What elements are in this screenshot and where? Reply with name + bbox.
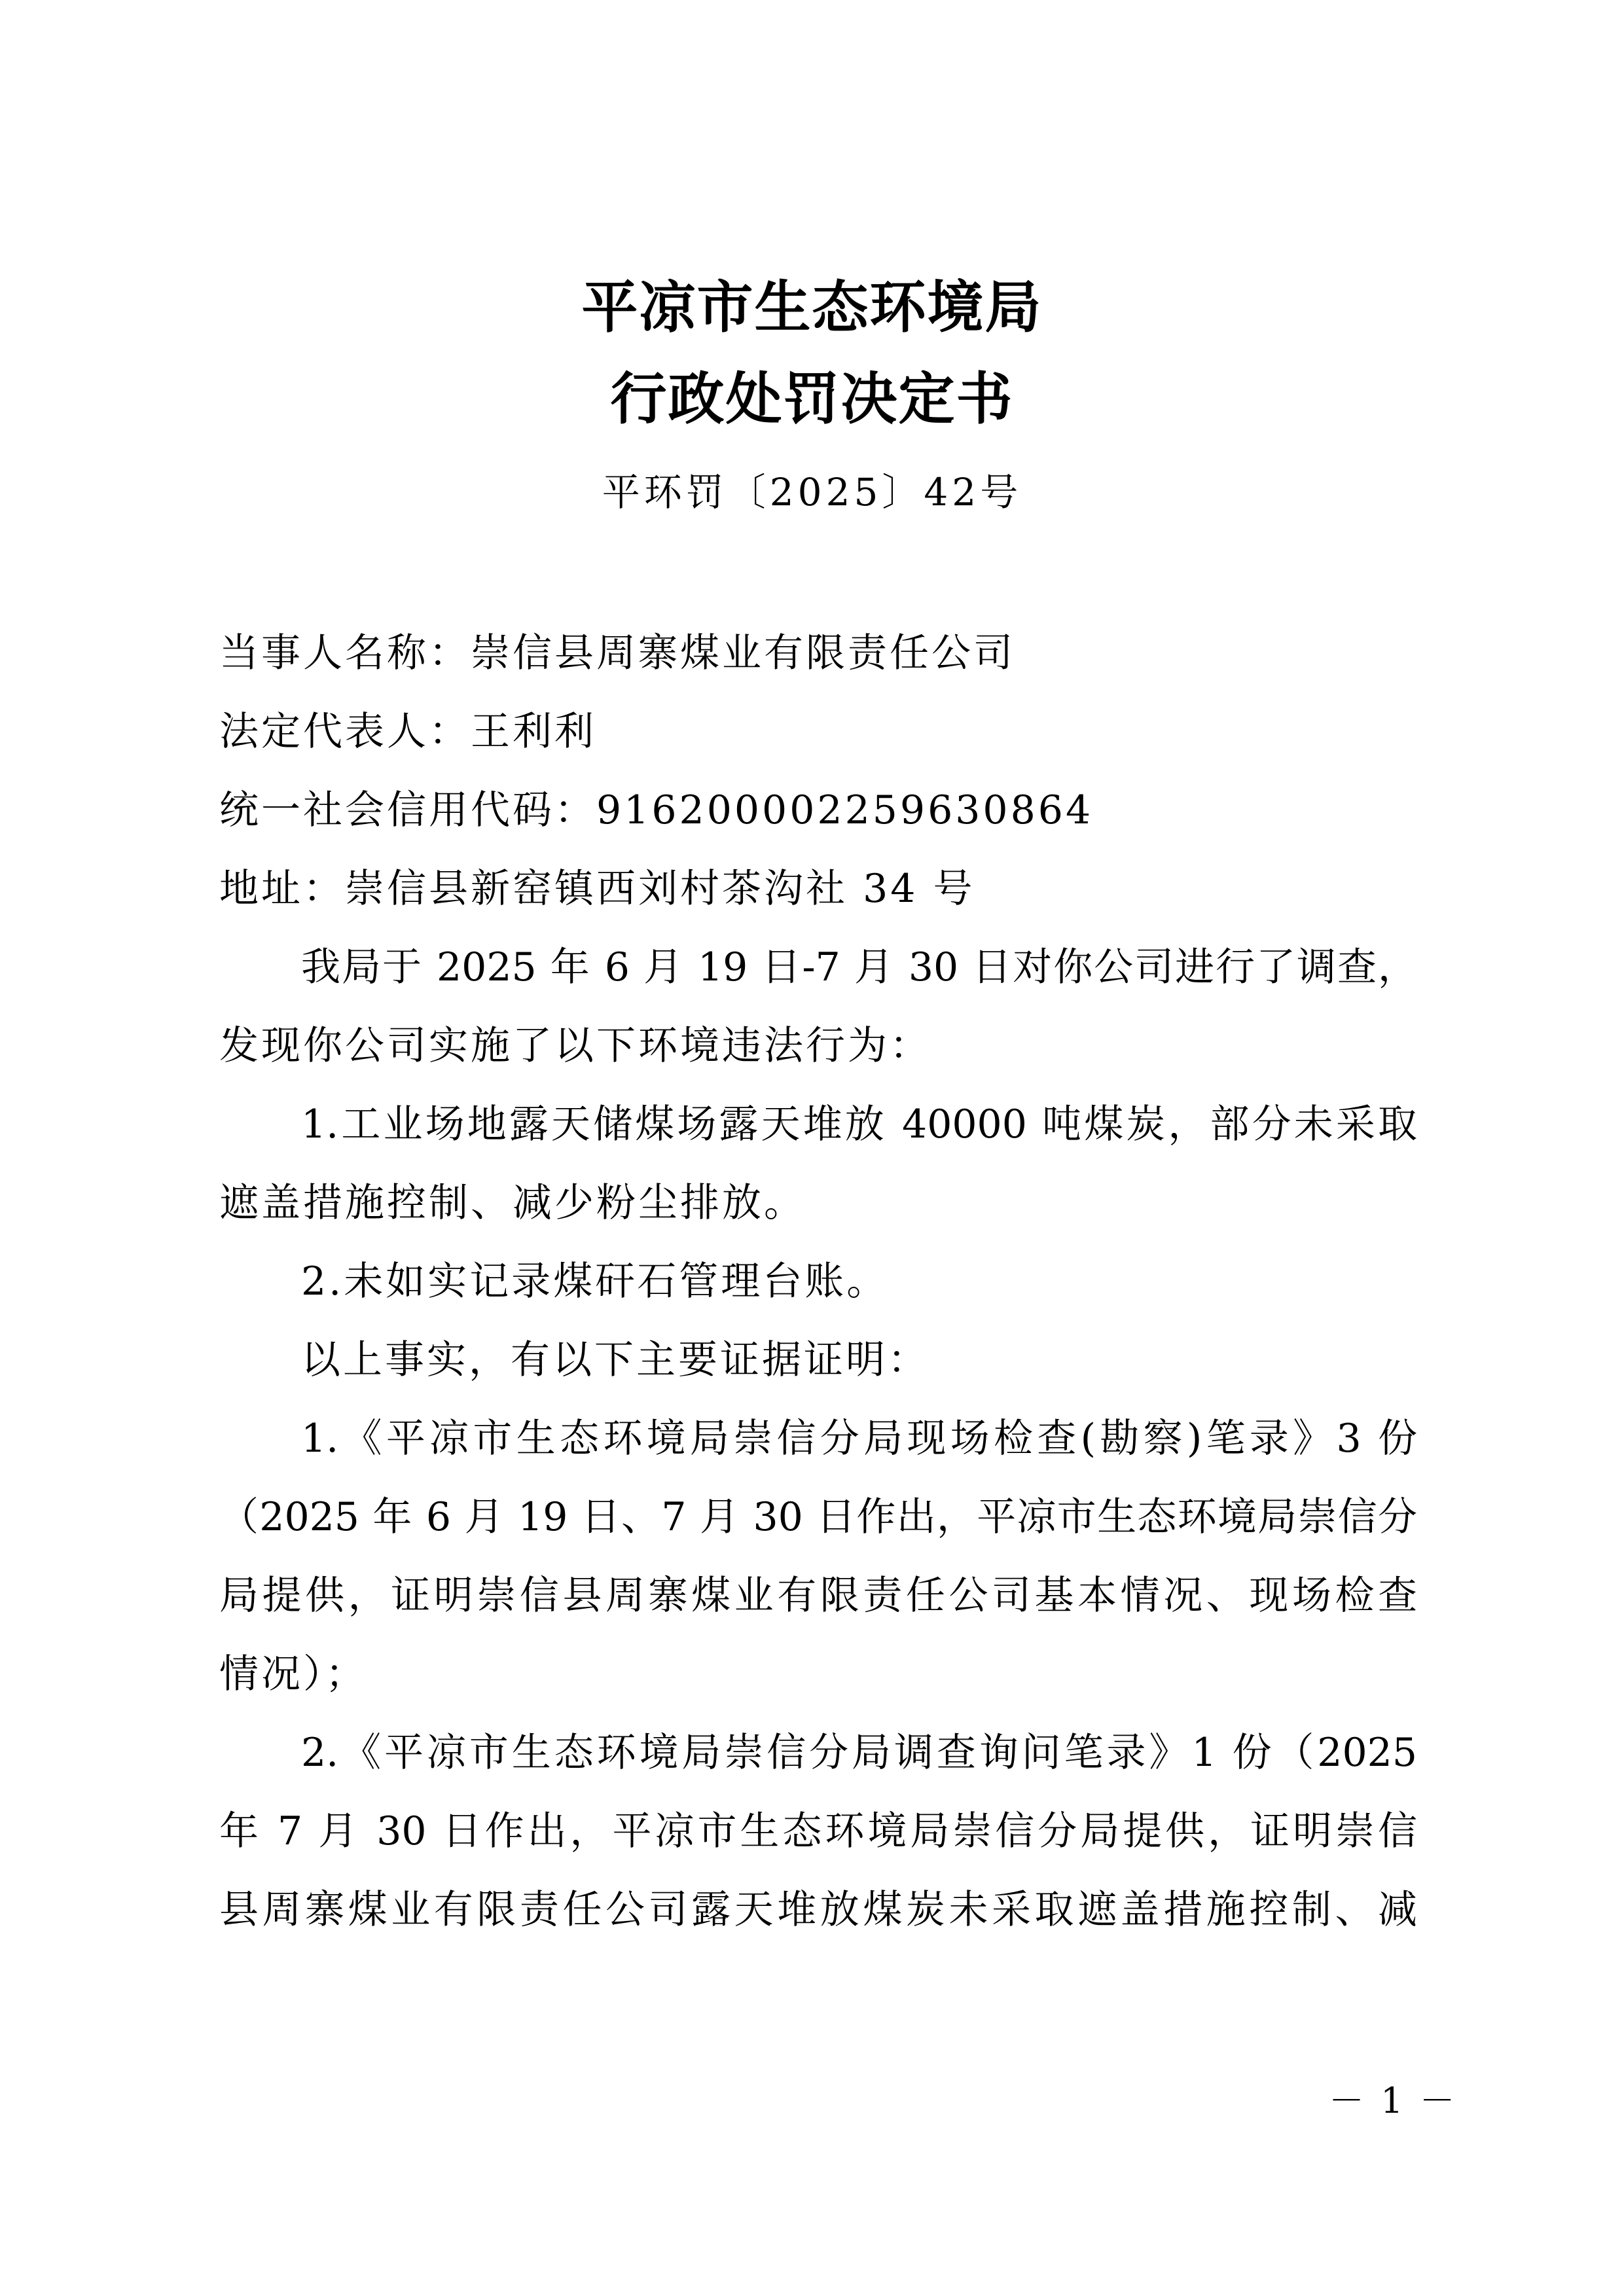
body-line: 我局于 2025 年 6 月 19 日-7 月 30 日对你公司进行了调查， <box>301 941 1417 994</box>
violation-item: 2.未如实记录煤矸石管理台账。 <box>301 1255 1417 1308</box>
body-line: 情况）； <box>219 1648 1417 1700</box>
address-value: 崇信县新窑镇西刘村茶沟社 34 号 <box>345 866 975 912</box>
credit-code-row: 统一社会信用代码：916200002259630864 <box>219 784 1417 836</box>
legal-rep-label: 法定代表人： <box>219 709 471 755</box>
document-type-title: 行政处罚决定书 <box>0 367 1624 432</box>
body-line: （2025 年 6 月 19 日、7 月 30 日作出，平凉市生态环境局崇信分 <box>219 1491 1417 1543</box>
party-name-value: 崇信县周寨煤业有限责任公司 <box>471 630 1015 676</box>
page-number: － 1 － <box>1329 2078 1458 2124</box>
document-number: 平环罚〔2025〕42号 <box>0 466 1624 518</box>
address-label: 地址： <box>219 866 345 912</box>
address-row: 地址：崇信县新窑镇西刘村茶沟社 34 号 <box>219 863 1417 915</box>
party-name-row: 当事人名称：崇信县周寨煤业有限责任公司 <box>219 627 1417 679</box>
party-name-label: 当事人名称： <box>219 630 471 676</box>
evidence-intro: 以上事实，有以下主要证据证明： <box>301 1334 1417 1386</box>
legal-rep-row: 法定代表人：王利利 <box>219 706 1417 758</box>
body-line: 发现你公司实施了以下环境违法行为： <box>219 1020 1417 1072</box>
body-line: 局提供，证明崇信县周寨煤业有限责任公司基本情况、现场检查 <box>219 1570 1417 1622</box>
body-line: 年 7 月 30 日作出，平凉市生态环境局崇信分局提供，证明崇信 <box>219 1805 1417 1857</box>
body-line: 遮盖措施控制、减少粉尘排放。 <box>219 1177 1417 1229</box>
violation-item: 1.工业场地露天储煤场露天堆放 40000 吨煤炭，部分未采取 <box>301 1098 1417 1151</box>
evidence-item: 1.《平凉市生态环境局崇信分局现场检查(勘察)笔录》3 份 <box>301 1412 1417 1465</box>
issuer-title: 平凉市生态环境局 <box>0 275 1624 340</box>
evidence-item: 2.《平凉市生态环境局崇信分局调查询问笔录》1 份（2025 <box>301 1727 1417 1779</box>
credit-code-label: 统一社会信用代码： <box>219 787 596 833</box>
body-line: 县周寨煤业有限责任公司露天堆放煤炭未采取遮盖措施控制、减 <box>219 1884 1417 1936</box>
document-page: 平凉市生态环境局 行政处罚决定书 平环罚〔2025〕42号 当事人名称：崇信县周… <box>0 0 1624 2296</box>
credit-code-value: 916200002259630864 <box>596 787 1093 833</box>
legal-rep-value: 王利利 <box>471 709 596 755</box>
